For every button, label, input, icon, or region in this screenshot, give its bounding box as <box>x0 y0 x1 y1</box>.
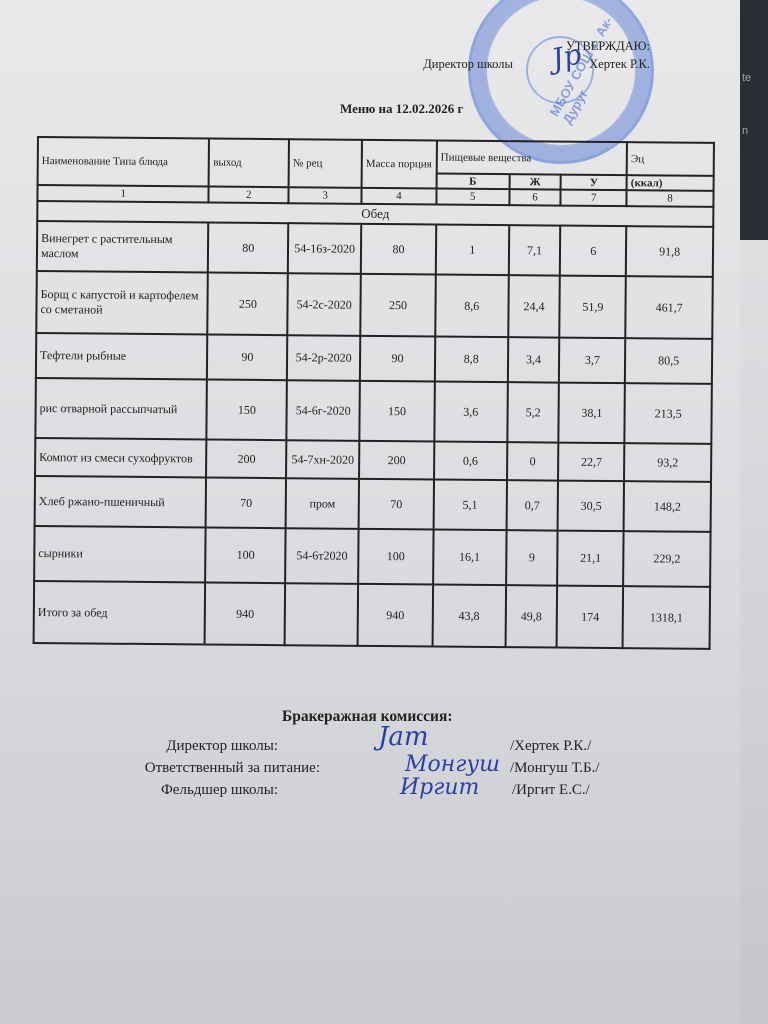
member-role: Фельдшер школы: <box>161 782 278 799</box>
column-number: 6 <box>509 189 561 205</box>
cell-mass: 250 <box>360 274 435 337</box>
signature-director: Jam <box>378 722 429 752</box>
document-page: МБОУ СОШ с. Ак-Дуруг УТВЕРЖДАЮ: Директор… <box>0 0 740 1024</box>
table-row: Тефтели рыбные9054-2р-2020908,83,43,780,… <box>36 333 712 384</box>
cell-name: Компот из смеси сухофруктов <box>35 438 207 477</box>
approval-block: УТВЕРЖДАЮ: Директор школы Хертек Р.К. <box>423 38 650 73</box>
cell-b: 3,6 <box>434 381 507 442</box>
page-title: Меню на 12.02.2026 г <box>340 101 463 117</box>
cell-u: 6 <box>560 226 626 277</box>
cell-output: 250 <box>208 272 288 335</box>
column-number: 2 <box>209 187 289 204</box>
approval-label: УТВЕРЖДАЮ: <box>423 38 650 55</box>
header-name: Наименование Типа блюда <box>38 137 210 186</box>
cell-zh: 9 <box>506 530 558 585</box>
cell-u: 30,5 <box>558 481 624 532</box>
total-carbs: 174 <box>557 586 623 649</box>
table-row: Винегрет с растительным маслом8054-16з-2… <box>37 221 713 277</box>
table-row: Компот из смеси сухофруктов20054-7хн-202… <box>35 438 711 482</box>
cell-energy: 213,5 <box>625 383 712 444</box>
background-text: n <box>742 125 748 137</box>
cell-name: рис отварной рассыпчатый <box>35 378 207 439</box>
total-protein: 43,8 <box>432 584 505 647</box>
cell-u: 21,1 <box>558 531 624 587</box>
background-monitor-edge: te n <box>738 0 768 240</box>
cell-energy: 229,2 <box>623 531 710 587</box>
cell-name: сырники <box>34 526 206 582</box>
cell-recipe: 54-2р-2020 <box>287 335 360 381</box>
cell-name: Винегрет с растительным маслом <box>37 221 209 272</box>
cell-b: 0,6 <box>434 441 507 480</box>
cell-energy: 148,2 <box>624 481 711 532</box>
cell-b: 16,1 <box>433 529 506 585</box>
background-text: te <box>742 72 751 84</box>
cell-recipe: 54-2с-2020 <box>287 273 360 336</box>
cell-energy: 80,5 <box>625 338 712 384</box>
cell-b: 1 <box>436 224 509 275</box>
cell-zh: 0 <box>507 442 559 480</box>
cell-output: 70 <box>206 477 286 528</box>
cell-mass: 150 <box>359 381 434 442</box>
column-number: 7 <box>561 190 627 207</box>
header-protein: Б <box>436 173 509 189</box>
column-number: 1 <box>37 185 209 202</box>
header-recipe: № рец <box>289 139 362 188</box>
cell-output: 200 <box>206 439 286 478</box>
cell-energy: 461,7 <box>625 276 712 339</box>
cell-name: Борщ с капустой и картофелем со сметаной <box>36 271 208 334</box>
header-nutrients: Пищевые вещества <box>437 140 628 175</box>
column-number: 4 <box>361 188 436 205</box>
approval-name: Хертек Р.К. <box>589 57 650 71</box>
table-row: Борщ с капустой и картофелем со сметаной… <box>36 271 713 339</box>
cell-mass: 90 <box>360 336 435 382</box>
cell-mass: 70 <box>359 479 434 530</box>
column-number: 3 <box>289 187 362 204</box>
cell-mass: 200 <box>359 441 434 480</box>
member-role: Директор школы: <box>166 738 278 755</box>
cell-zh: 24,4 <box>508 275 560 337</box>
cell-mass: 80 <box>361 224 436 275</box>
cell-output: 100 <box>206 527 286 583</box>
cell-u: 38,1 <box>559 383 625 444</box>
cell-recipe: 54-6г-2020 <box>287 380 360 441</box>
column-number: 8 <box>627 190 714 207</box>
column-number: 5 <box>436 188 509 205</box>
cell-b: 5,1 <box>433 479 506 530</box>
cell-zh: 7,1 <box>508 225 560 275</box>
cell-b: 8,6 <box>435 274 508 337</box>
approval-position: Директор школы <box>423 57 513 71</box>
cell-energy: 91,8 <box>626 226 713 277</box>
cell-output: 80 <box>208 223 288 274</box>
cell-output: 90 <box>207 334 287 380</box>
header-mass: Масса порция <box>362 140 437 189</box>
total-row: Итого за обед 940 940 43,8 49,8 174 1318… <box>34 581 711 649</box>
header-carbs: У <box>561 175 627 191</box>
total-energy: 1318,1 <box>623 586 710 649</box>
header-energy-unit: (ккал) <box>627 175 714 191</box>
total-recipe <box>285 583 358 646</box>
cell-name: Хлеб ржано-пшеничный <box>35 476 207 527</box>
table-row: рис отварной рассыпчатый15054-6г-2020150… <box>35 378 711 444</box>
cell-u: 22,7 <box>558 443 624 482</box>
header-fat: Ж <box>509 174 561 189</box>
total-label: Итого за обед <box>34 581 206 644</box>
member-name: /Монгуш Т.Б./ <box>510 760 600 777</box>
cell-recipe: пром <box>286 478 359 529</box>
cell-b: 8,8 <box>435 336 508 382</box>
cell-zh: 3,4 <box>507 337 559 382</box>
table-row: Хлеб ржано-пшеничный70пром705,10,730,514… <box>35 476 711 532</box>
signature-nutrition: Монгуш <box>405 752 500 777</box>
cell-recipe: 54-6т2020 <box>285 528 358 584</box>
member-role: Ответственный за питание: <box>145 760 320 777</box>
table-row: сырники10054-6т202010016,1921,1229,2 <box>34 526 710 587</box>
cell-zh: 5,2 <box>507 382 559 442</box>
member-name: /Иргит Е.С./ <box>512 782 590 799</box>
total-mass: 940 <box>358 584 433 647</box>
header-energy: Эц <box>627 142 714 176</box>
cell-u: 3,7 <box>559 338 625 384</box>
cell-output: 150 <box>207 379 287 440</box>
cell-name: Тефтели рыбные <box>36 333 208 379</box>
cell-energy: 93,2 <box>624 443 711 482</box>
total-output: 940 <box>205 582 285 645</box>
cell-mass: 100 <box>358 529 433 585</box>
cell-u: 51,9 <box>560 276 626 339</box>
member-name: /Хертек Р.К./ <box>510 738 591 755</box>
cell-recipe: 54-7хн-2020 <box>286 440 359 479</box>
cell-zh: 0,7 <box>506 480 558 530</box>
signature-medic: Иргит <box>400 775 479 800</box>
header-output: выход <box>209 139 289 188</box>
cell-recipe: 54-16з-2020 <box>288 223 361 274</box>
total-fat: 49,8 <box>505 585 557 647</box>
menu-table: Наименование Типа блюда выход № рец Масс… <box>33 136 715 650</box>
